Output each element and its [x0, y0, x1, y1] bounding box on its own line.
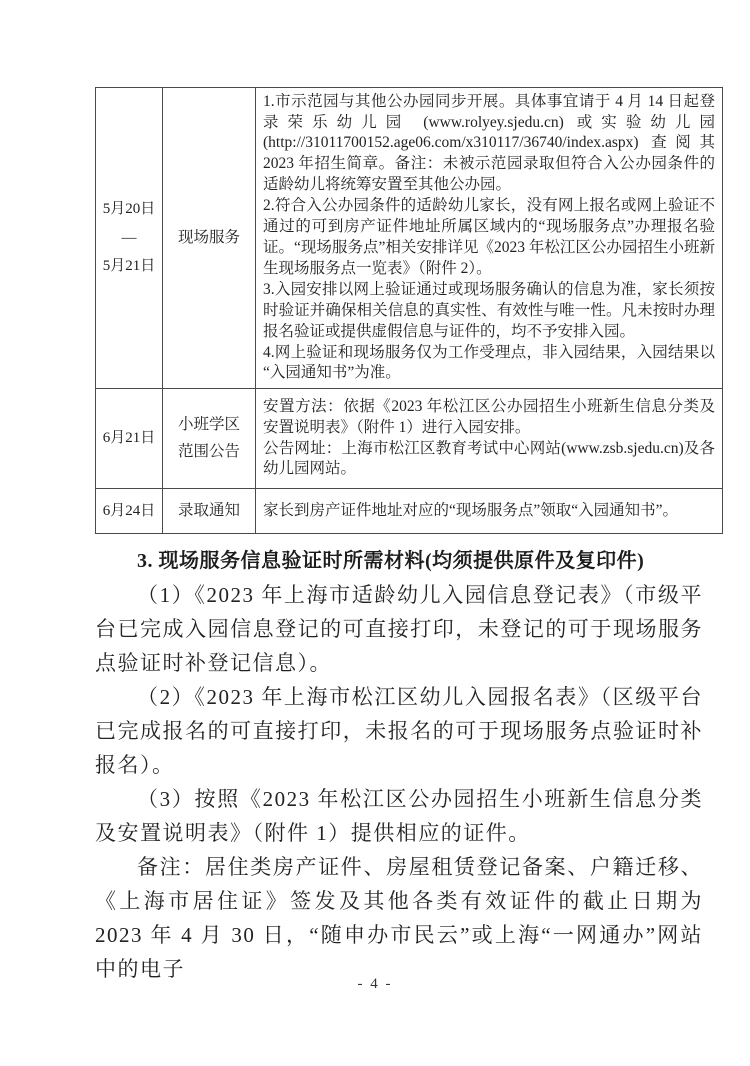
paragraph-material-2: （2）《2023 年上海市松江区幼儿入园报名表》（区级平台已完成报名的可直接打印…	[95, 680, 703, 782]
section-heading: 3. 现场服务信息验证时所需材料(均须提供原件及复印件)	[95, 546, 703, 576]
detail-item: 公告网址：上海市松江区教育考试中心网站(www.zsb.sjedu.cn)及各幼…	[263, 439, 715, 481]
detail-item: 安置方法：依据《2023 年松江区公办园招生小班新生信息分类及安置说明表》（附件…	[263, 397, 715, 439]
paragraph-material-1: （1）《2023 年上海市适龄幼儿入园信息登记表》（市级平台已完成入园信息登记的…	[95, 578, 703, 680]
date-cell: 5月20日 — 5月21日	[96, 88, 163, 389]
stage-cell: 录取通知	[163, 489, 256, 534]
detail-item: 2.符合入公办园条件的适龄幼儿家长，没有网上报名或网上验证不通过的可到房产证件地…	[263, 196, 715, 280]
table-row-admission-notice: 6月24日 录取通知 家长到房产证件地址对应的“现场服务点”领取“入园通知书”。	[96, 489, 723, 534]
paragraph-remark: 备注：居住类房产证件、房屋租赁登记备案、户籍迁移、《上海市居住证》签发及其他各类…	[95, 850, 703, 986]
paragraph-material-3: （3）按照《2023 年松江区公办园招生小班新生信息分类及安置说明表》（附件 1…	[95, 782, 703, 850]
document-body: 5月20日 — 5月21日 现场服务 1.市示范园与其他公办园同步开展。具体事宜…	[95, 87, 703, 986]
table-row-district-announcement: 6月21日 小班学区 范围公告 安置方法：依据《2023 年松江区公办园招生小班…	[96, 389, 723, 489]
detail-item: 4.网上验证和现场服务仅为工作受理点，非入园结果，入园结果以“入园通知书”为准。	[263, 343, 715, 385]
detail-cell: 1.市示范园与其他公办园同步开展。具体事宜请于 4 月 14 日起登录荣乐幼儿园…	[256, 88, 723, 389]
date-cell: 6月24日	[96, 489, 163, 534]
detail-item: 3.入园安排以网上验证通过或现场服务确认的信息为准，家长须按时验证并确保相关信息…	[263, 280, 715, 343]
stage-cell: 小班学区 范围公告	[163, 389, 256, 489]
detail-item: 家长到房产证件地址对应的“现场服务点”领取“入园通知书”。	[263, 501, 715, 522]
enrollment-schedule-table: 5月20日 — 5月21日 现场服务 1.市示范园与其他公办园同步开展。具体事宜…	[95, 87, 723, 534]
table-row-onsite-service: 5月20日 — 5月21日 现场服务 1.市示范园与其他公办园同步开展。具体事宜…	[96, 88, 723, 389]
date-cell: 6月21日	[96, 389, 163, 489]
stage-cell: 现场服务	[163, 88, 256, 389]
detail-item: 1.市示范园与其他公办园同步开展。具体事宜请于 4 月 14 日起登录荣乐幼儿园…	[263, 92, 715, 197]
document-page: 5月20日 — 5月21日 现场服务 1.市示范园与其他公办园同步开展。具体事宜…	[0, 0, 750, 1066]
detail-cell: 家长到房产证件地址对应的“现场服务点”领取“入园通知书”。	[256, 489, 723, 534]
detail-cell: 安置方法：依据《2023 年松江区公办园招生小班新生信息分类及安置说明表》（附件…	[256, 389, 723, 489]
page-number: - 4 -	[0, 976, 750, 993]
